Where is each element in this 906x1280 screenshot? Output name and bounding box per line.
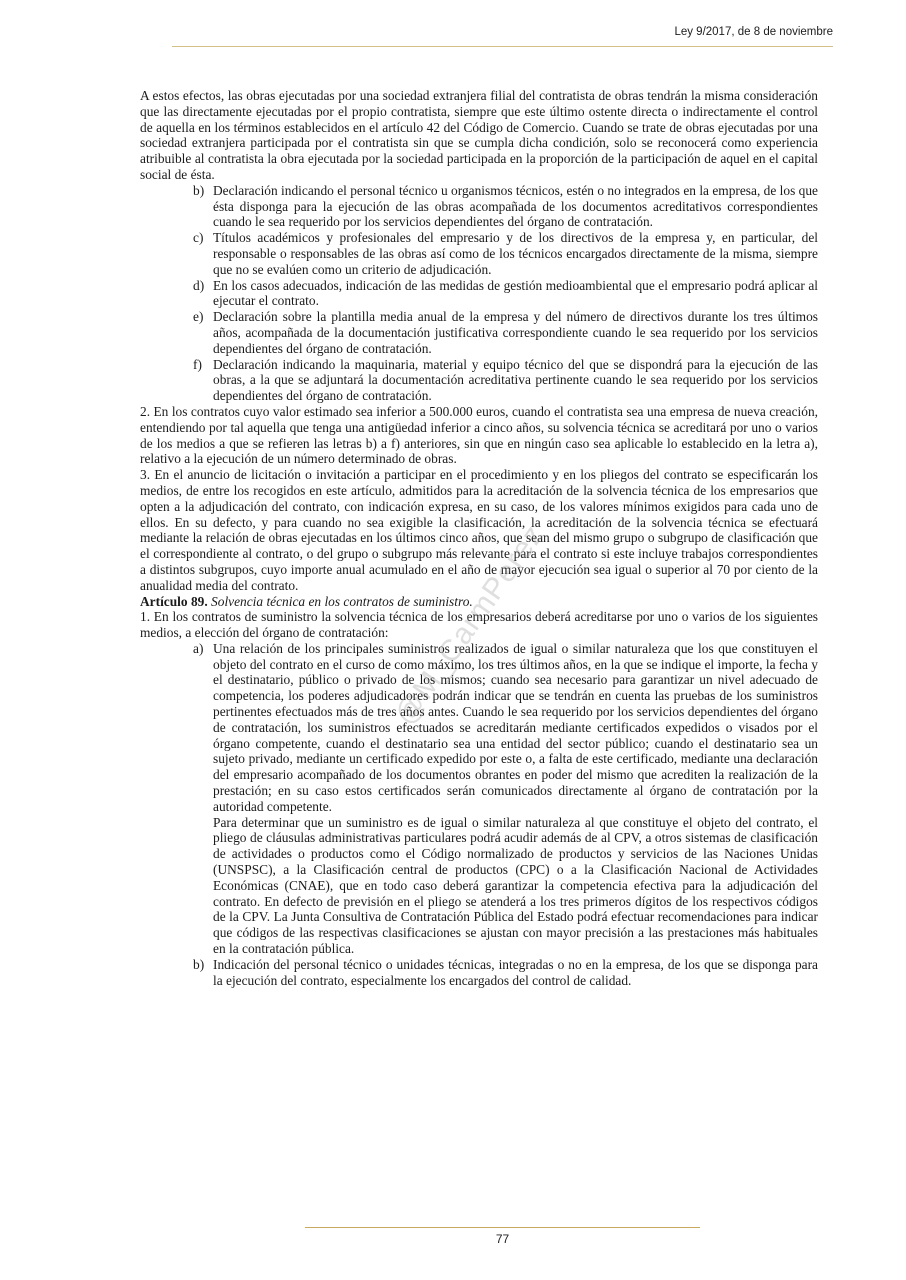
list-item-text: En los casos adecuados, indicación de la… [213,278,818,310]
paragraph-1: 1. En los contratos de suministro la sol… [140,609,818,641]
list-item-marker: a) [193,641,203,657]
list-item-text: Declaración sobre la plantilla media anu… [213,309,818,356]
list-item: b) Indicación del personal técnico o uni… [140,957,818,989]
list-item: e) Declaración sobre la plantilla media … [140,309,818,356]
list-item-text: Una relación de los principales suminist… [213,641,818,815]
list-item: d) En los casos adecuados, indicación de… [140,278,818,310]
footer-rule [305,1227,700,1228]
paragraph-2: 2. En los contratos cuyo valor estimado … [140,404,818,467]
list-item-marker: d) [193,278,204,294]
continuation-paragraph: A estos efectos, las obras ejecutadas po… [140,88,818,183]
article-number: Artículo 89. [140,594,208,609]
list-item-text: Para determinar que un suministro es de … [213,815,818,957]
list-item: c) Títulos académicos y profesionales de… [140,230,818,277]
list-item-marker: c) [193,230,203,246]
list-item-text: Declaración indicando la maquinaria, mat… [213,357,818,404]
header-rule [172,46,833,47]
list-item-marker: e) [193,309,203,325]
list-item-text: Indicación del personal técnico o unidad… [213,957,818,989]
article-89-heading: Artículo 89. Solvencia técnica en los co… [140,594,818,610]
works-solvency-list: b) Declaración indicando el personal téc… [140,183,818,404]
list-item: f) Declaración indicando la maquinaria, … [140,357,818,404]
list-item-text: Declaración indicando el personal técnic… [213,183,818,230]
page-number: 77 [305,1232,700,1246]
supplies-solvency-list: a) Una relación de los principales sumin… [140,641,818,989]
list-item-marker: f) [193,357,202,373]
article-title: Solvencia técnica en los contratos de su… [211,594,473,609]
list-item-marker: b) [193,183,204,199]
document-body: A estos efectos, las obras ejecutadas po… [140,88,818,988]
list-item-marker: b) [193,957,204,973]
list-item-text: Títulos académicos y profesionales del e… [213,230,818,277]
list-item: b) Declaración indicando el personal téc… [140,183,818,230]
paragraph-3: 3. En el anuncio de licitación o invitac… [140,467,818,593]
page-header-title: Ley 9/2017, de 8 de noviembre [172,26,833,39]
list-item: a) Una relación de los principales sumin… [140,641,818,957]
